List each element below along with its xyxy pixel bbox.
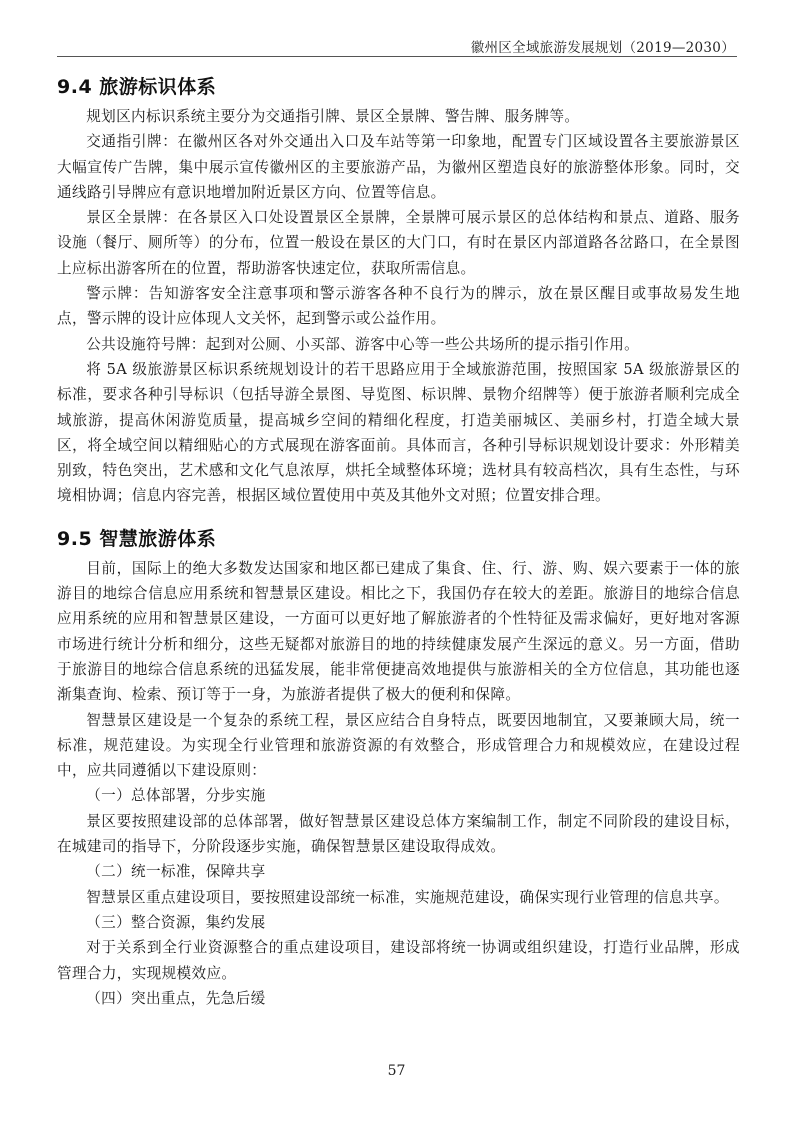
subheading: （四）突出重点，先急后缓	[57, 986, 740, 1011]
paragraph: 景区全景牌：在各景区入口处设置景区全景牌，全景牌可展示景区的总体结构和景点、道路…	[57, 205, 740, 281]
paragraph: 交通指引牌：在徽州区各对外交通出入口及车站等第一印象地，配置专门区域设置各主要旅…	[57, 129, 740, 205]
paragraph: 警示牌：告知游客安全注意事项和警示游客各种不良行为的牌示，放在景区醒目或事故易发…	[57, 281, 740, 332]
paragraph: 对于关系到全行业资源整合的重点建设项目，建设部将统一协调或组织建设，打造行业品牌…	[57, 935, 740, 986]
section-heading-9-5: 9.5 智慧旅游体系	[57, 522, 740, 556]
subheading: （三）整合资源，集约发展	[57, 910, 740, 935]
paragraph: 景区要按照建设部的总体部署，做好智慧景区建设总体方案编制工作，制定不同阶段的建设…	[57, 809, 740, 860]
page-content: 9.4 旅游标识体系 规划区内标识系统主要分为交通指引牌、景区全景牌、警告牌、服…	[57, 70, 740, 1011]
subheading: （一）总体部署，分步实施	[57, 783, 740, 808]
paragraph: 目前，国际上的绝大多数发达国家和地区都已建成了集食、住、行、游、购、娱六要素于一…	[57, 556, 740, 708]
paragraph: 公共设施符号牌：起到对公厕、小买部、游客中心等一些公共场所的提示指引作用。	[57, 332, 740, 357]
paragraph: 智慧景区建设是一个复杂的系统工程，景区应结合自身特点，既要因地制宜，又要兼顾大局…	[57, 708, 740, 784]
section-heading-9-4: 9.4 旅游标识体系	[57, 70, 740, 104]
paragraph: 规划区内标识系统主要分为交通指引牌、景区全景牌、警告牌、服务牌等。	[57, 104, 740, 129]
paragraph: 智慧景区重点建设项目，要按照建设部统一标准，实施规范建设，确保实现行业管理的信息…	[57, 885, 740, 910]
document-title: 徽州区全域旅游发展规划（2019—2030）	[471, 36, 735, 56]
page-header: 徽州区全域旅游发展规划（2019—2030）	[57, 34, 737, 57]
subheading: （二）统一标准，保障共享	[57, 859, 740, 884]
page-number: 57	[0, 1063, 793, 1079]
paragraph: 将 5A 级旅游景区标识系统规划设计的若干思路应用于全域旅游范围，按照国家 5A…	[57, 357, 740, 509]
